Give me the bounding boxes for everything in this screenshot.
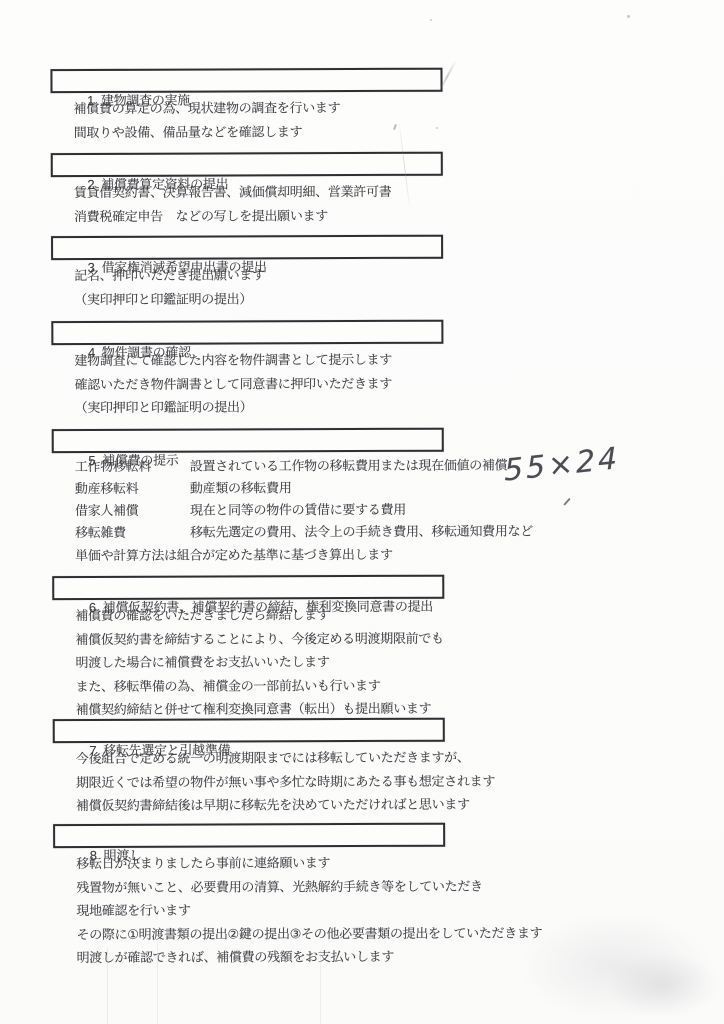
section-heading-box: 7移転先選定と引越準備 <box>53 718 445 743</box>
body-line: 単価や計算方法は組合が定めた基準に基づき算出します <box>75 543 672 567</box>
section-body: 補償費の確認をいただきましたら締結します 補償仮契約書を締結することにより、今後… <box>75 602 672 722</box>
section-heading-box: 1建物調査の実施 <box>50 68 442 93</box>
term-description: 設置されている工作物の移転費用または現在価値の補償 <box>190 454 508 477</box>
body-line: 明渡しが確認できれば、補償費の残額をお支払いします <box>77 944 674 970</box>
section-vacating: 8明渡し 移転日が決まりましたら事前に連絡願います 残置物が無いこと、必要費用の… <box>53 822 674 970</box>
term-description: 動産類の移転費用 <box>190 477 292 499</box>
body-line: また、移転準備の為、補償金の一部前払いも行います <box>76 672 673 698</box>
section-lease-right-extinction: 3借家権消滅希望申出書の提出 記名、押印いただき提出願います （実印押印と印鑑証… <box>51 234 671 311</box>
document-content: 1建物調査の実施 補償費の算定の為、現状建物の調査を行います 間取りや設備、備品… <box>0 0 724 1024</box>
section-body: 建物調査にて確認した内容を物件調書として提示します 確認いただき物件調書として同… <box>74 347 671 420</box>
section-body: 補償費の算定の為、現状建物の調査を行います 間取りや設備、備品量などを確認します <box>74 95 671 144</box>
body-line: 間取りや設備、備品量などを確認します <box>74 118 671 144</box>
section-building-survey: 1建物調査の実施 補償費の算定の為、現状建物の調査を行います 間取りや設備、備品… <box>50 67 670 144</box>
body-line: 補償仮契約書締結後は早期に移転先を決めていただければと思います <box>76 792 673 818</box>
section-contract-conclusion: 6補償仮契約書、補償契約書の締結、権利変換同意書の提出 補償費の確認をいただきま… <box>52 574 673 722</box>
term-row: 移転雑費 移転先選定の費用、法令上の手続き費用、移転通知費用など <box>75 520 672 544</box>
section-heading-box: 4物件調書の確認 <box>51 320 443 345</box>
body-line: 賃貸借契約書、決算報告書、減価償却明細、営業許可書 <box>74 179 671 205</box>
section-heading-box: 8明渡し <box>53 823 445 848</box>
section-relocation-selection: 7移転先選定と引越準備 今後組合で定める統一の明渡期限までには移転していただきま… <box>53 717 673 818</box>
body-line: 記名、押印いただき提出願います <box>74 262 671 288</box>
body-line: 現地確認を行います <box>76 897 673 923</box>
body-line: 明渡した場合に補償費をお支払いいたします <box>75 649 672 675</box>
term-row: 借家人補償 現在と同等の物件の賃借に要する費用 <box>75 498 672 522</box>
body-line: 期限近くでは希望の物件が無い事や多忙な時期にあたる事も想定されます <box>76 768 673 794</box>
section-body: 移転日が決まりましたら事前に連絡願います 残置物が無いこと、必要費用の清算、光熱… <box>76 850 673 970</box>
body-line: （実印押印と印鑑証明の提出） <box>74 285 671 311</box>
body-line: 残置物が無いこと、必要費用の清算、光熱解約手続き等をしていただき <box>76 873 673 899</box>
term-description: 移転先選定の費用、法令上の手続き費用、移転通知費用など <box>190 520 533 543</box>
term-label: 工作物移転料 <box>75 456 190 478</box>
section-body: 賃貸借契約書、決算報告書、減価償却明細、営業許可書 消費税確定申告 などの写しを… <box>74 179 671 228</box>
body-line: （実印押印と印鑑証明の提出） <box>75 394 672 420</box>
body-line: 消費税確定申告 などの写しを提出願います <box>74 202 671 228</box>
term-label: 動産移転料 <box>75 478 190 500</box>
section-body: 記名、押印いただき提出願います （実印押印と印鑑証明の提出） <box>74 262 671 311</box>
section-property-record: 4物件調書の確認 建物調査にて確認した内容を物件調書として提示します 確認いただ… <box>51 319 671 420</box>
section-body: 今後組合で定める統一の明渡期限までには移転していただきますが、 期限近くでは希望… <box>76 745 673 818</box>
body-line: 今後組合で定める統一の明渡期限までには移転していただきますが、 <box>76 745 673 771</box>
body-line: 補償費の算定の為、現状建物の調査を行います <box>74 95 671 121</box>
term-label: 移転雑費 <box>75 522 190 544</box>
body-line: その際に①明渡書類の提出②鍵の提出③その他必要書類の提出をしていただきます <box>76 920 673 946</box>
body-line: 移転日が決まりましたら事前に連絡願います <box>76 850 673 876</box>
term-description: 現在と同等の物件の賃借に要する費用 <box>190 499 406 522</box>
section-heading-box: 6補償仮契約書、補償契約書の締結、権利変換同意書の提出 <box>52 575 444 600</box>
body-line: 建物調査にて確認した内容を物件調書として提示します <box>74 347 671 373</box>
scanned-document-page: 1建物調査の実施 補償費の算定の為、現状建物の調査を行います 間取りや設備、備品… <box>0 0 724 1024</box>
section-heading-box: 3借家権消滅希望申出書の提出 <box>51 235 443 260</box>
term-label: 借家人補償 <box>75 500 190 522</box>
section-heading-box: 2補償費算定資料の提出 <box>51 152 443 177</box>
section-compensation-materials: 2補償費算定資料の提出 賃貸借契約書、決算報告書、減価償却明細、営業許可書 消費… <box>51 151 671 228</box>
body-line: 確認いただき物件調書として同意書に押印いただきます <box>75 370 672 396</box>
body-line: 補償仮契約書を締結することにより、今後定める明渡期限前でも <box>75 625 672 651</box>
section-heading-box: 5補償費の提示 <box>52 428 444 453</box>
